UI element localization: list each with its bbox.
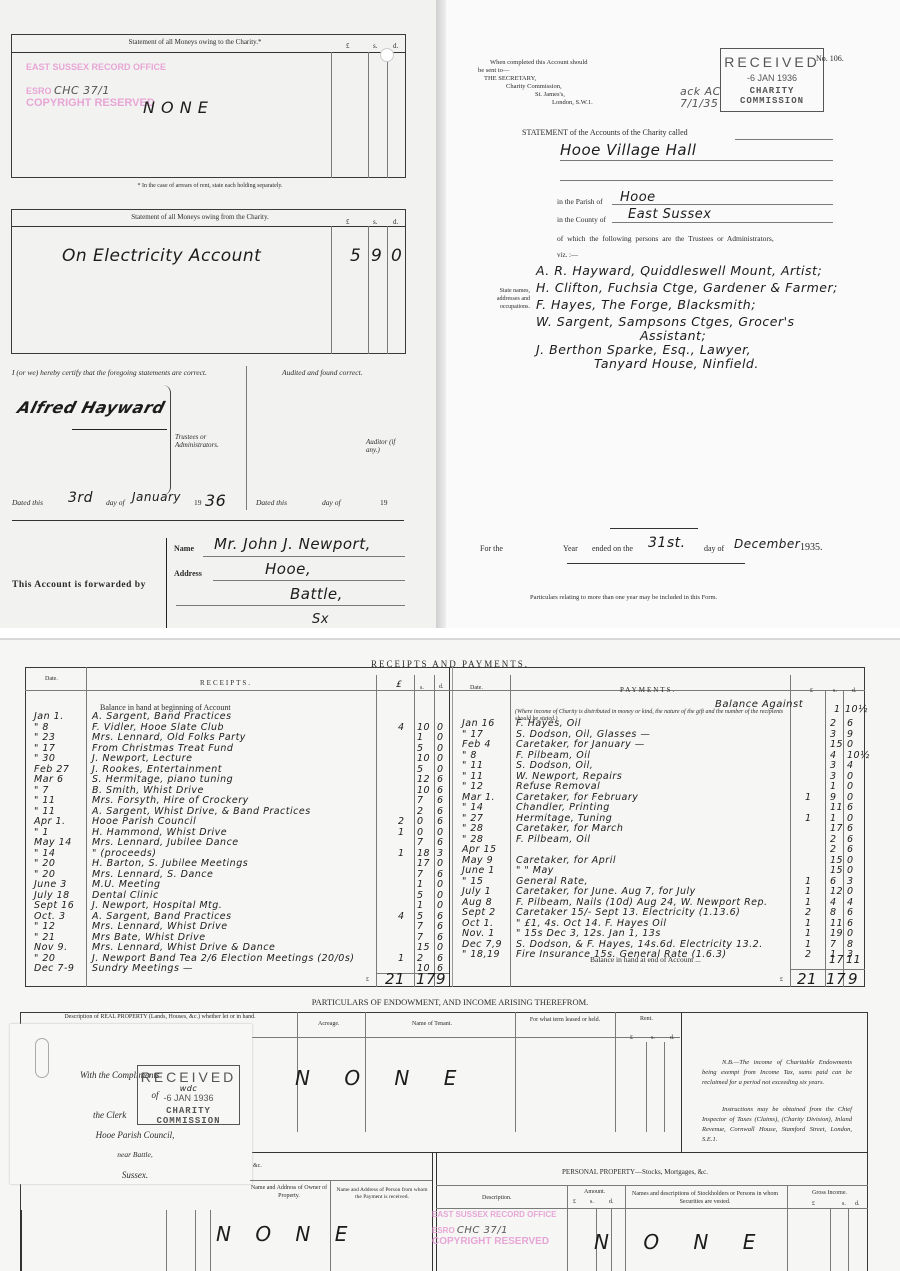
col-gross-income: Gross Income. <box>812 1190 847 1196</box>
receipt-shillings: 5 <box>417 911 424 922</box>
payment-desc: " £1, 4s. Oct 14. F. Hayes Oil <box>516 918 667 929</box>
payment-desc: F. Pilbeam, Oil <box>516 750 591 761</box>
receipt-date: May 14 <box>34 837 72 848</box>
divider <box>515 1012 516 1132</box>
receipt-row: " 30J. Newport, Lecture100 <box>30 753 450 764</box>
send-to-line6: London, S.W.1. <box>478 99 593 107</box>
divider <box>615 1012 616 1132</box>
receipt-shillings: 1 <box>417 879 424 890</box>
archive-stamp-2-line1: EAST SUSSEX RECORD OFFICE <box>432 1210 556 1219</box>
payment-shillings: 2 <box>830 844 837 855</box>
year-label: Year <box>563 544 578 553</box>
col-shillings: s. <box>373 42 377 50</box>
receipt-shillings: 7 <box>417 869 424 880</box>
receipt-pence: 6 <box>437 837 444 848</box>
receipt-shillings: 1 <box>417 900 424 911</box>
forward-brace <box>166 538 172 628</box>
payment-shillings: 9 <box>830 792 837 803</box>
send-to-line4: Charity Commission, <box>478 83 593 91</box>
payment-desc: F. Hayes, Oil <box>516 718 581 729</box>
dated-day: 3rd <box>68 490 93 506</box>
signature-underline <box>72 429 167 430</box>
payment-date: June 1 <box>462 865 495 876</box>
particulars-note: Particulars relating to more than one ye… <box>530 594 717 601</box>
receipt-shillings: 18 <box>417 848 430 859</box>
payments-header-shillings: s. <box>833 688 837 694</box>
payment-pence: 0 <box>847 739 854 750</box>
send-to-line1: When completed this Account should <box>478 59 593 67</box>
payment-row: " 11W. Newport, Repairs30 <box>460 771 865 782</box>
address-line2: Battle, <box>290 585 343 603</box>
receipts-header-desc: RECEIPTS. <box>200 679 252 687</box>
payment-date: July 1 <box>462 886 491 897</box>
amp-label: &c. <box>253 1163 262 1169</box>
receipts-rows: Jan 1.A. Sargent, Band Practices " 8F. V… <box>30 711 450 971</box>
payment-desc: W. Newport, Repairs <box>516 771 622 782</box>
payment-shillings: 1 <box>830 813 837 824</box>
payment-shillings: 15 <box>830 855 843 866</box>
receipt-pounds: 4 <box>398 911 405 922</box>
payment-desc: Chandler, Printing <box>516 802 610 813</box>
payment-desc: Caretaker, for February <box>516 792 638 803</box>
electricity-shillings: 9 <box>371 246 382 266</box>
payment-shillings: 11 <box>830 918 843 929</box>
payment-date: " 12 <box>462 781 483 792</box>
receipt-row: " 17From Christmas Treat Fund50 <box>30 743 450 754</box>
archive-stamp-ref-row: ESRO CHC 37/1 <box>26 84 166 97</box>
received-2-date: -6 JAN 1936 <box>138 1093 239 1103</box>
payment-date: Sept 2 <box>462 907 496 918</box>
payment-date: " 11 <box>462 771 483 782</box>
divider <box>452 667 453 987</box>
receipt-row: July 18Dental Clinic50 <box>30 890 450 901</box>
owing-from-charity-box <box>11 209 406 354</box>
payment-date: " 28 <box>462 834 483 845</box>
receipt-date: Feb 27 <box>34 764 69 775</box>
receipt-desc: From Christmas Treat Fund <box>92 743 233 754</box>
receipt-shillings: 7 <box>417 932 424 943</box>
year-end-month: December <box>734 537 800 551</box>
receipt-row: " 11A. Sargent, Whist Drive, & Band Prac… <box>30 806 450 817</box>
receipt-pence: 0 <box>437 722 444 733</box>
col-term: For what term leased or held. <box>525 1016 605 1024</box>
form-number: No. 106. <box>816 54 844 63</box>
payment-pounds: 1 <box>805 792 812 803</box>
received-2-title: RECEIVED <box>138 1069 239 1085</box>
divider <box>787 1185 788 1271</box>
payment-desc: S. Dodson, Oil, Glasses — <box>516 729 650 740</box>
payment-row: " 12Refuse Removal10 <box>460 781 865 792</box>
receipt-row: Apr 1.Hooe Parish Council206 <box>30 816 450 827</box>
divider <box>210 1210 211 1271</box>
received-stamp: RECEIVED -6 JAN 1936 CHARITY COMMISSION <box>720 48 824 112</box>
col-payer: Name and Address of Person from whom the… <box>334 1187 430 1201</box>
receipt-pence: 6 <box>437 953 444 964</box>
receipt-pounds: 4 <box>398 722 405 733</box>
receipt-date: " 17 <box>34 743 55 754</box>
compliments-line6: Sussex. <box>60 1165 210 1185</box>
receipt-pence: 6 <box>437 785 444 796</box>
audit-year-prefix: 19 <box>380 498 388 507</box>
certification-text: I (or we) hereby certify that the forego… <box>12 368 242 378</box>
received-stamp-2: RECEIVED wdc -6 JAN 1936 CHARITY COMMISS… <box>137 1065 240 1125</box>
payment-pounds: 1 <box>805 897 812 908</box>
receipt-row: Oct. 3A. Sargent, Band Practices456 <box>30 911 450 922</box>
receipt-row: Sept 16J. Newport, Hospital Mtg.10 <box>30 900 450 911</box>
payment-row: " 15General Rate,163 <box>460 876 865 887</box>
payment-shillings: 3 <box>830 729 837 740</box>
receipt-desc: Hooe Parish Council <box>92 816 196 827</box>
receipt-pence: 6 <box>437 911 444 922</box>
payment-pence: 6 <box>847 802 854 813</box>
receipt-row: " 23Mrs. Lennard, Old Folks Party10 <box>30 732 450 743</box>
divider <box>25 690 865 691</box>
payment-date: Apr 15 <box>462 844 497 855</box>
payment-pounds: 1 <box>805 939 812 950</box>
payment-date: Oct 1. <box>462 918 494 929</box>
parish-value: Hooe <box>620 190 656 205</box>
divider <box>11 52 406 53</box>
divider <box>610 528 698 529</box>
receipts-header-pence: d. <box>439 684 444 690</box>
archive-stamp-line1: EAST SUSSEX RECORD OFFICE <box>26 62 166 72</box>
payment-shillings: 4 <box>830 897 837 908</box>
balance-against-label: Balance Against <box>715 699 803 710</box>
address-line3: Sx <box>312 612 329 627</box>
payment-row: " 28F. Pilbeam, Oil26 <box>460 834 865 845</box>
receipt-pounds: 1 <box>398 953 405 964</box>
receipt-shillings: 7 <box>417 795 424 806</box>
divider <box>250 1180 432 1181</box>
receipt-desc: Mrs. Lennard, Whist Drive <box>92 921 228 932</box>
archive-stamp-2: EAST SUSSEX RECORD OFFICE ESRO CHC 37/1 … <box>432 1210 556 1247</box>
receipt-shillings: 0 <box>417 816 424 827</box>
parish-label: in the Parish of <box>557 197 603 206</box>
receipt-desc: Dental Clinic <box>92 890 159 901</box>
payment-shillings: 7 <box>830 939 837 950</box>
payment-pence: 4 <box>847 760 854 771</box>
payment-date: " 15 <box>462 876 483 887</box>
payment-pence: 0 <box>847 886 854 897</box>
amount-pence: d. <box>609 1199 614 1205</box>
rent-pounds: £ <box>630 1035 633 1041</box>
receipt-pence: 0 <box>437 753 444 764</box>
received-org: CHARITY COMMISSION <box>721 86 823 106</box>
receipt-desc: Mrs. Lennard, Jubilee Dance <box>92 837 239 848</box>
year-suffix: 36 <box>205 491 226 510</box>
divider <box>166 1210 167 1271</box>
receipt-desc: Mrs. Lennard, Old Folks Party <box>92 732 246 743</box>
receipt-pounds: 1 <box>398 848 405 859</box>
receipt-desc: J. Newport Band Tea 2/6 Election Meeting… <box>92 953 354 964</box>
payment-row: " 8F. Pilbeam, Oil410½ <box>460 750 865 761</box>
receipt-date: " 11 <box>34 795 55 806</box>
receipt-shillings: 2 <box>417 953 424 964</box>
dated-label: Dated this <box>12 498 43 507</box>
divider <box>646 1042 647 1132</box>
send-to-line5: St. James's, <box>478 91 593 99</box>
receipt-desc: J. Rookes, Entertainment <box>92 764 222 775</box>
trustee-5-cont: Tanyard House, Ninfield. <box>536 358 838 370</box>
balance-end-label: Balance in hand at end of Account ... <box>590 955 701 964</box>
payments-total-shillings: 17 <box>826 970 846 988</box>
payment-pence: 0 <box>847 792 854 803</box>
payments-total-pounds: 21 <box>797 970 817 988</box>
col-real-property: Description of REAL PROPERTY (Lands, Hou… <box>60 1013 260 1021</box>
payment-date: " 8 <box>462 750 477 761</box>
receipt-row: " 20J. Newport Band Tea 2/6 Election Mee… <box>30 953 450 964</box>
payment-date: " 11 <box>462 760 483 771</box>
payment-pence: 9 <box>847 729 854 740</box>
receipt-pence: 0 <box>437 942 444 953</box>
receipt-shillings: 5 <box>417 764 424 775</box>
payment-shillings: 11 <box>830 802 843 813</box>
payment-date: May 9 <box>462 855 493 866</box>
divider <box>12 520 404 521</box>
payment-pence: 8 <box>847 939 854 950</box>
payment-shillings: 15 <box>830 865 843 876</box>
divider <box>213 580 405 581</box>
divider <box>848 1208 849 1271</box>
dated-month: January <box>132 490 181 504</box>
receipts-total-pence: 9 <box>436 970 446 988</box>
payment-row: Mar 1.Caretaker, for February190 <box>460 792 865 803</box>
address-label: Address <box>174 569 202 578</box>
sheet-top-edge <box>0 638 900 640</box>
receipt-date: " 20 <box>34 869 55 880</box>
receipt-desc: A. Sargent, Band Practices <box>92 911 232 922</box>
receipt-desc: H. Barton, S. Jubilee Meetings <box>92 858 248 869</box>
receipt-pounds: 1 <box>398 827 405 838</box>
payment-row: Sept 2Caretaker 15/- Sept 13. Electricit… <box>460 907 865 918</box>
payment-pence: 0 <box>847 928 854 939</box>
county-label: in the County of <box>557 215 606 224</box>
receipt-desc: A. Sargent, Band Practices <box>92 711 232 722</box>
receipt-shillings: 1 <box>417 732 424 743</box>
receipt-shillings: 0 <box>417 827 424 838</box>
payment-pounds: 1 <box>805 886 812 897</box>
payment-row: Nov. 1" 15s Dec 3, 12s. Jan 1, 13s1190 <box>460 928 865 939</box>
receipt-pence: 6 <box>437 774 444 785</box>
receipt-desc: J. Newport, Lecture <box>92 753 192 764</box>
payment-pence: 0 <box>847 855 854 866</box>
received-title: RECEIVED <box>721 54 823 70</box>
receipt-pence: 6 <box>437 932 444 943</box>
payment-desc: General Rate, <box>516 876 588 887</box>
receipt-desc: Mrs. Forsyth, Hire of Crockery <box>92 795 249 806</box>
receipt-desc: Mrs. Lennard, S. Dance <box>92 869 213 880</box>
payment-pence: 6 <box>847 844 854 855</box>
receipt-shillings: 12 <box>417 774 430 785</box>
payment-row: " 14Chandler, Printing116 <box>460 802 865 813</box>
receipt-pence: 0 <box>437 890 444 901</box>
forwarded-label: This Account is forwarded by <box>12 580 146 590</box>
personal-property-title: PERSONAL PROPERTY—Stocks, Mortgages, &c. <box>470 1168 800 1176</box>
payment-pence: 6 <box>847 718 854 729</box>
receipt-date: " 30 <box>34 753 55 764</box>
receipt-row: " 20H. Barton, S. Jubilee Meetings170 <box>30 858 450 869</box>
payments-total-pence: 9 <box>848 970 858 988</box>
receipt-pence: 6 <box>437 921 444 932</box>
received-2-org: CHARITY COMMISSION <box>138 1106 239 1126</box>
divider <box>20 1210 22 1271</box>
divider <box>195 1210 196 1271</box>
payments-total-symbol: £ <box>780 977 783 983</box>
arrears-footnote: * In the case of arrears of rent, state … <box>60 183 360 189</box>
receipt-pence: 3 <box>437 848 444 859</box>
receipt-row: " 1H. Hammond, Whist Drive100 <box>30 827 450 838</box>
payment-row: " 11S. Dodson, Oil,34 <box>460 760 865 771</box>
receipt-shillings: 15 <box>417 942 430 953</box>
payment-date: Aug 8 <box>462 897 492 908</box>
receipt-desc: H. Hammond, Whist Drive <box>92 827 227 838</box>
send-to-block: When completed this Account should be se… <box>478 59 593 107</box>
receipt-shillings: 10 <box>417 722 430 733</box>
col-pp-description: Description. <box>482 1195 512 1201</box>
divider <box>203 556 405 557</box>
divider <box>560 160 833 161</box>
col-pounds: £ <box>346 42 350 50</box>
receipt-shillings: 17 <box>417 858 430 869</box>
payment-date: " 27 <box>462 813 483 824</box>
receipt-row: Jan 1.A. Sargent, Band Practices <box>30 711 450 722</box>
income-pence: d. <box>855 1201 860 1207</box>
receipt-pence: 0 <box>437 879 444 890</box>
payment-pence: 0 <box>847 865 854 876</box>
payment-pounds: 2 <box>805 949 812 960</box>
receipt-desc: Mrs. Lennard, Whist Drive & Dance <box>92 942 275 953</box>
col-owner: Name and Address of Owner of Property. <box>250 1184 328 1200</box>
divider <box>612 204 833 205</box>
receipt-shillings: 5 <box>417 743 424 754</box>
receipt-desc: M.U. Meeting <box>92 879 161 890</box>
payment-date: Nov. 1 <box>462 928 495 939</box>
paper-clip-icon <box>35 1038 49 1078</box>
receipt-date: Mar 6 <box>34 774 64 785</box>
receipt-date: July 18 <box>34 890 70 901</box>
receipt-date: " 11 <box>34 806 55 817</box>
divider <box>331 52 332 178</box>
payment-pence: 0 <box>847 781 854 792</box>
name-label: Name <box>174 544 194 553</box>
archive-ref: CHC 37/1 <box>54 84 110 97</box>
payment-pounds: 2 <box>805 907 812 918</box>
payment-row: " 17S. Dodson, Oil, Glasses —39 <box>460 729 865 740</box>
payment-shillings: 12 <box>830 886 843 897</box>
payment-pence: 3 <box>847 876 854 887</box>
payment-row: Dec 7,9S. Dodson, & F. Hayes, 14s.6d. El… <box>460 939 865 950</box>
receipt-row: " 8F. Vidler, Hooe Slate Club4100 <box>30 722 450 733</box>
payment-shillings: 2 <box>830 834 837 845</box>
audited-heading: Audited and found correct. <box>282 368 363 377</box>
for-the-label: For the <box>480 544 503 553</box>
personal-property-entry: N O N E <box>594 1230 769 1254</box>
payment-desc: " " May <box>516 865 554 876</box>
receipt-date: Oct. 3 <box>34 911 66 922</box>
received-date: -6 JAN 1936 <box>721 73 823 83</box>
electricity-pence: 0 <box>391 246 402 266</box>
receipt-shillings: 5 <box>417 890 424 901</box>
trustees-label: of which the following persons are the T… <box>557 234 774 243</box>
divider <box>368 52 369 178</box>
balance-against-pence: 10½ <box>845 704 868 715</box>
receipt-row: June 3M.U. Meeting10 <box>30 879 450 890</box>
receipt-shillings: 7 <box>417 921 424 932</box>
col-rent: Rent. <box>640 1016 653 1022</box>
receipt-date: " 1 <box>34 827 49 838</box>
col-pounds: £ <box>346 218 350 226</box>
payment-date: Jan 16 <box>462 718 495 729</box>
receipt-date: " 7 <box>34 785 49 796</box>
divider <box>567 1185 568 1271</box>
receipt-row: " 21Mrs Bate, Whist Drive76 <box>30 932 450 943</box>
receipt-shillings: 7 <box>417 837 424 848</box>
receipt-date: Sept 16 <box>34 900 74 911</box>
receipt-pence: 6 <box>437 869 444 880</box>
payment-pence: 10½ <box>847 750 870 761</box>
payment-shillings: 19 <box>830 928 843 939</box>
payment-row: May 9Caretaker, for April150 <box>460 855 865 866</box>
electricity-entry: On Electricity Account <box>62 246 261 266</box>
owing-to-heading: Statement of all Moneys owing to the Cha… <box>60 38 330 46</box>
receipt-pounds: 2 <box>398 816 405 827</box>
amount-pounds: £ <box>573 1199 576 1205</box>
payment-pounds: 1 <box>805 918 812 929</box>
receipt-row: May 14Mrs. Lennard, Jubilee Dance76 <box>30 837 450 848</box>
payments-header-date: Date. <box>470 685 483 691</box>
receipt-row: " 20Mrs. Lennard, S. Dance76 <box>30 869 450 880</box>
archive-stamp-2-line3: COPYRIGHT RESERVED <box>432 1236 556 1247</box>
payment-pence: 6 <box>847 907 854 918</box>
payment-desc: Caretaker, for March <box>516 823 623 834</box>
send-to-line2: be sent to— <box>478 67 593 75</box>
payment-shillings: 2 <box>830 718 837 729</box>
compliments-line4: Hooe Parish Council, <box>60 1125 210 1145</box>
payment-row: Aug 8F. Pilbeam, Nails (10d) Aug 24, W. … <box>460 897 865 908</box>
payment-pounds: 1 <box>805 876 812 887</box>
audit-day-of-label: day of <box>322 498 341 507</box>
payment-date: " 17 <box>462 729 483 740</box>
payment-shillings: 3 <box>830 760 837 771</box>
receipt-row: Nov 9.Mrs. Lennard, Whist Drive & Dance1… <box>30 942 450 953</box>
receipt-pence: 6 <box>437 816 444 827</box>
receipt-date: " 23 <box>34 732 55 743</box>
payment-desc: " 15s Dec 3, 12s. Jan 1, 13s <box>516 928 661 939</box>
payment-desc: Caretaker, for January — <box>516 739 645 750</box>
trustee-1: A. R. Hayward, Quiddleswell Mount, Artis… <box>536 262 838 279</box>
payment-shillings: 8 <box>830 907 837 918</box>
divider <box>250 1152 868 1153</box>
ended-label: ended on the <box>592 544 633 553</box>
day-of-label: day of <box>106 498 125 507</box>
income-shillings: s. <box>842 1201 846 1207</box>
receipt-pence: 0 <box>437 764 444 775</box>
receipts-total-pounds: 21 <box>385 970 405 988</box>
receipts-total-shillings: 17 <box>416 970 436 988</box>
receipt-row: " 11Mrs. Forsyth, Hire of Crockery76 <box>30 795 450 806</box>
payment-date: " 28 <box>462 823 483 834</box>
receipt-row: " 14" (proceeds)1183 <box>30 848 450 859</box>
col-acreage: Acreage. <box>318 1021 339 1027</box>
trustee-2: H. Clifton, Fuchsia Ctge, Gardener & Far… <box>536 279 838 296</box>
receipts-header-date: Date. <box>45 676 58 682</box>
real-property-entry: N O N E <box>295 1066 470 1090</box>
payment-pounds: 1 <box>805 928 812 939</box>
receipt-row: Mar 6S. Hermitage, piano tuning126 <box>30 774 450 785</box>
receipt-pence: 0 <box>437 900 444 911</box>
divider <box>436 1208 868 1209</box>
payment-date: " 18,19 <box>462 949 500 960</box>
